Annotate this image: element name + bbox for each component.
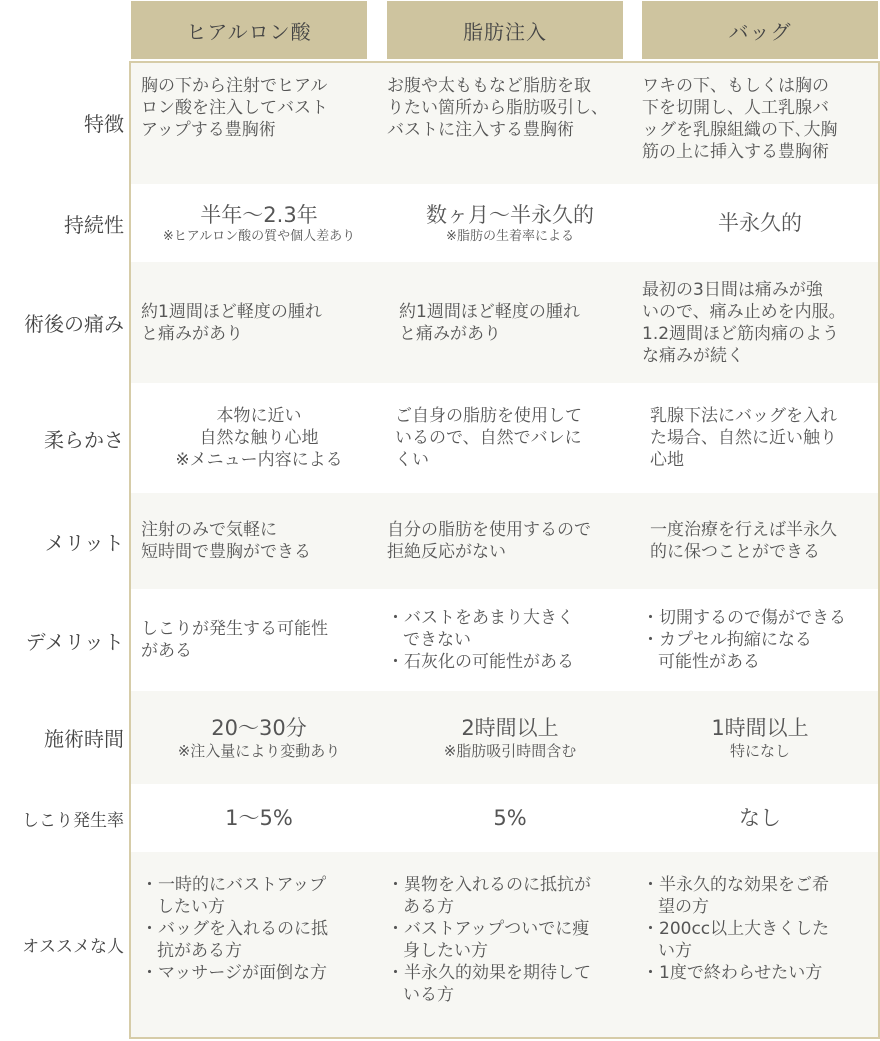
bullet-line: ・200cc以上大きくした — [642, 918, 878, 940]
table-row-postop-pain: 約1週間ほど軽度の腫れ と痛みがあり 約1週間ほど軽度の腫れ と痛みがあり 最初… — [131, 262, 878, 383]
bullet-line: ・異物を入れるのに抵抗が — [387, 874, 633, 896]
table-row-lump-rate: 1〜5% 5% なし — [131, 784, 878, 852]
bullet-line: ・1度で終わらせたい方 — [642, 962, 878, 984]
row-label-procedure-time: 施術時間 — [0, 691, 124, 784]
comparison-table: 胸の下から注射でヒアル ロン酸を注入してバスト アップする豊胸術 お腹や太ももな… — [129, 61, 880, 1039]
cell-demerit-fat: ・バストをあまり大きく できない ・石灰化の可能性がある — [387, 589, 633, 691]
note-text: 特になし — [730, 741, 790, 761]
text-line: 自分の脂肪を使用するので — [387, 519, 633, 541]
cell-time-bag: 1時間以上 特になし — [642, 691, 878, 784]
text-line: 筋の上に挿入する豊胸術 — [642, 141, 878, 163]
text-line: バストに注入する豊胸術 — [387, 119, 633, 141]
text-line: しこりが発生する可能性 — [141, 618, 377, 640]
note-text: ※ヒアルロン酸の質や個人差あり — [163, 228, 355, 245]
bullet-continuation: い方 — [642, 940, 878, 962]
cell-duration-fat: 数ヶ月〜半永久的 ※脂肪の生着率による — [387, 184, 633, 262]
cell-features-hyaluronic: 胸の下から注射でヒアル ロン酸を注入してバスト アップする豊胸術 — [141, 63, 377, 184]
text-line: ※メニュー内容による — [175, 449, 342, 471]
bullet-line: ・石灰化の可能性がある — [387, 651, 633, 673]
cell-duration-bag: 半永久的 — [642, 184, 878, 262]
bullet-line: ・半永久的な効果をご希 — [642, 874, 878, 896]
table-row-recommended: ・一時的にバストアップ したい方 ・バッグを入れるのに抵 抗がある方 ・マッサー… — [131, 852, 878, 1037]
text-line: いるので、自然でバレに — [395, 427, 641, 449]
value-text: 20〜30分 — [211, 715, 306, 741]
text-line: 注射のみで気軽に — [141, 519, 377, 541]
bullet-line: ・切開するので傷ができる — [642, 607, 878, 629]
text-line: 的に保つことができる — [650, 541, 880, 563]
cell-pain-hyaluronic: 約1週間ほど軽度の腫れ と痛みがあり — [141, 262, 377, 383]
value-text: 1時間以上 — [711, 715, 808, 741]
cell-recommended-hyaluronic: ・一時的にバストアップ したい方 ・バッグを入れるのに抵 抗がある方 ・マッサー… — [141, 852, 377, 1037]
bullet-continuation: ある方 — [387, 896, 633, 918]
text-line: と痛みがあり — [141, 323, 377, 345]
table-row-features: 胸の下から注射でヒアル ロン酸を注入してバスト アップする豊胸術 お腹や太ももな… — [131, 63, 878, 184]
text-line: 下を切開し、人工乳腺バ — [642, 97, 878, 119]
column-header-hyaluronic: ヒアルロン酸 — [131, 1, 367, 59]
cell-recommended-bag: ・半永久的な効果をご希 望の方 ・200cc以上大きくした い方 ・1度で終わら… — [642, 852, 878, 1037]
text-line: と痛みがあり — [399, 323, 645, 345]
row-label-features: 特徴 — [0, 61, 124, 184]
cell-pain-fat: 約1週間ほど軽度の腫れ と痛みがあり — [387, 262, 645, 383]
text-line: 一度治療を行えば半永久 — [650, 519, 880, 541]
text-line: ッグを乳腺組織の下､大胸 — [642, 119, 878, 141]
text-line: 心地 — [650, 449, 880, 471]
text-line: お腹や太ももなど脂肪を取 — [387, 75, 633, 97]
value-text: 数ヶ月〜半永久的 — [426, 202, 594, 228]
cell-demerit-hyaluronic: しこりが発生する可能性 がある — [141, 589, 377, 691]
text-line: 本物に近い — [217, 405, 302, 427]
bullet-line: ・一時的にバストアップ — [141, 874, 377, 896]
bullet-line: ・半永久的効果を期待して — [387, 962, 633, 984]
bullet-continuation: したい方 — [141, 896, 377, 918]
cell-recommended-fat: ・異物を入れるのに抵抗が ある方 ・バストアップついでに痩 身したい方 ・半永久… — [387, 852, 633, 1037]
text-line: 約1週間ほど軽度の腫れ — [141, 301, 377, 323]
text-line: りたい箇所から脂肪吸引し、 — [387, 97, 633, 119]
cell-softness-hyaluronic: 本物に近い 自然な触り心地 ※メニュー内容による — [141, 383, 377, 493]
text-line: た場合、自然に近い触り — [650, 427, 880, 449]
value-text: 1〜5% — [225, 805, 293, 831]
cell-merit-hyaluronic: 注射のみで気軽に 短時間で豊胸ができる — [141, 493, 377, 589]
cell-duration-hyaluronic: 半年〜2.3年 ※ヒアルロン酸の質や個人差あり — [141, 184, 377, 262]
bullet-line: ・バストをあまり大きく — [387, 607, 633, 629]
text-line: アップする豊胸術 — [141, 119, 377, 141]
text-line: 約1週間ほど軽度の腫れ — [399, 301, 645, 323]
bullet-line: ・バストアップついでに痩 — [387, 918, 633, 940]
text-line: ロン酸を注入してバスト — [141, 97, 377, 119]
bullet-line: ・カプセル拘縮になる — [642, 629, 878, 651]
cell-softness-bag: 乳腺下法にバッグを入れ た場合、自然に近い触り 心地 — [642, 383, 880, 493]
row-label-postop-pain: 術後の痛み — [0, 262, 124, 383]
value-text: 半永久的 — [718, 210, 802, 236]
row-label-recommended: オススメな人 — [0, 852, 124, 1037]
bullet-continuation: できない — [387, 629, 633, 651]
text-line: がある — [141, 640, 377, 662]
value-text: 2時間以上 — [461, 715, 558, 741]
bullet-line: ・バッグを入れるのに抵 — [141, 918, 377, 940]
bullet-continuation: 望の方 — [642, 896, 878, 918]
cell-pain-bag: 最初の3日間は痛みが強 いので、痛み止めを内服。 1.2週間ほど筋肉痛のよう な… — [642, 262, 878, 383]
bullet-continuation: 可能性がある — [642, 651, 878, 673]
bullet-continuation: いる方 — [387, 984, 633, 1006]
value-text: なし — [739, 805, 781, 831]
cell-time-hyaluronic: 20〜30分 ※注入量により変動あり — [141, 691, 377, 784]
cell-merit-bag: 一度治療を行えば半永久 的に保つことができる — [642, 493, 880, 589]
table-row-demerit: しこりが発生する可能性 がある ・バストをあまり大きく できない ・石灰化の可能… — [131, 589, 878, 691]
cell-time-fat: 2時間以上 ※脂肪吸引時間含む — [387, 691, 633, 784]
row-label-demerit: デメリット — [0, 589, 124, 691]
row-label-merit: メリット — [0, 493, 124, 589]
text-line: 短時間で豊胸ができる — [141, 541, 377, 563]
cell-lump-fat: 5% — [387, 784, 633, 852]
cell-lump-hyaluronic: 1〜5% — [141, 784, 377, 852]
text-line: ワキの下、もしくは胸の — [642, 75, 878, 97]
text-line: ご自身の脂肪を使用して — [395, 405, 641, 427]
value-text: 半年〜2.3年 — [200, 202, 317, 228]
cell-features-fat: お腹や太ももなど脂肪を取 りたい箇所から脂肪吸引し、 バストに注入する豊胸術 — [387, 63, 633, 184]
text-line: 自然な触り心地 — [200, 427, 319, 449]
note-text: ※注入量により変動あり — [178, 741, 341, 761]
text-line: いので、痛み止めを内服。 — [642, 301, 878, 323]
table-row-procedure-time: 20〜30分 ※注入量により変動あり 2時間以上 ※脂肪吸引時間含む 1時間以上… — [131, 691, 878, 784]
cell-lump-bag: なし — [642, 784, 878, 852]
text-line: 拒絶反応がない — [387, 541, 633, 563]
note-text: ※脂肪吸引時間含む — [444, 741, 577, 761]
text-line: くい — [395, 449, 641, 471]
text-line: 乳腺下法にバッグを入れ — [650, 405, 880, 427]
note-text: ※脂肪の生着率による — [446, 228, 574, 245]
text-line: 最初の3日間は痛みが強 — [642, 279, 878, 301]
bullet-line: ・マッサージが面倒な方 — [141, 962, 377, 984]
cell-softness-fat: ご自身の脂肪を使用して いるので、自然でバレに くい — [387, 383, 641, 493]
text-line: 胸の下から注射でヒアル — [141, 75, 377, 97]
row-label-duration: 持続性 — [0, 184, 124, 262]
value-text: 5% — [493, 805, 526, 831]
table-row-softness: 本物に近い 自然な触り心地 ※メニュー内容による ご自身の脂肪を使用して いるの… — [131, 383, 878, 493]
column-header-bag: バッグ — [642, 1, 878, 59]
bullet-continuation: 身したい方 — [387, 940, 633, 962]
text-line: な痛みが続く — [642, 345, 878, 367]
cell-demerit-bag: ・切開するので傷ができる ・カプセル拘縮になる 可能性がある — [642, 589, 878, 691]
table-row-duration: 半年〜2.3年 ※ヒアルロン酸の質や個人差あり 数ヶ月〜半永久的 ※脂肪の生着率… — [131, 184, 878, 262]
table-row-merit: 注射のみで気軽に 短時間で豊胸ができる 自分の脂肪を使用するので 拒絶反応がない… — [131, 493, 878, 589]
text-line: 1.2週間ほど筋肉痛のよう — [642, 323, 878, 345]
row-label-lump-rate: しこり発生率 — [0, 784, 124, 852]
row-label-softness: 柔らかさ — [0, 383, 124, 493]
bullet-continuation: 抗がある方 — [141, 940, 377, 962]
cell-merit-fat: 自分の脂肪を使用するので 拒絶反応がない — [387, 493, 633, 589]
cell-features-bag: ワキの下、もしくは胸の 下を切開し、人工乳腺バ ッグを乳腺組織の下､大胸 筋の上… — [642, 63, 878, 184]
column-header-fat-injection: 脂肪注入 — [387, 1, 623, 59]
